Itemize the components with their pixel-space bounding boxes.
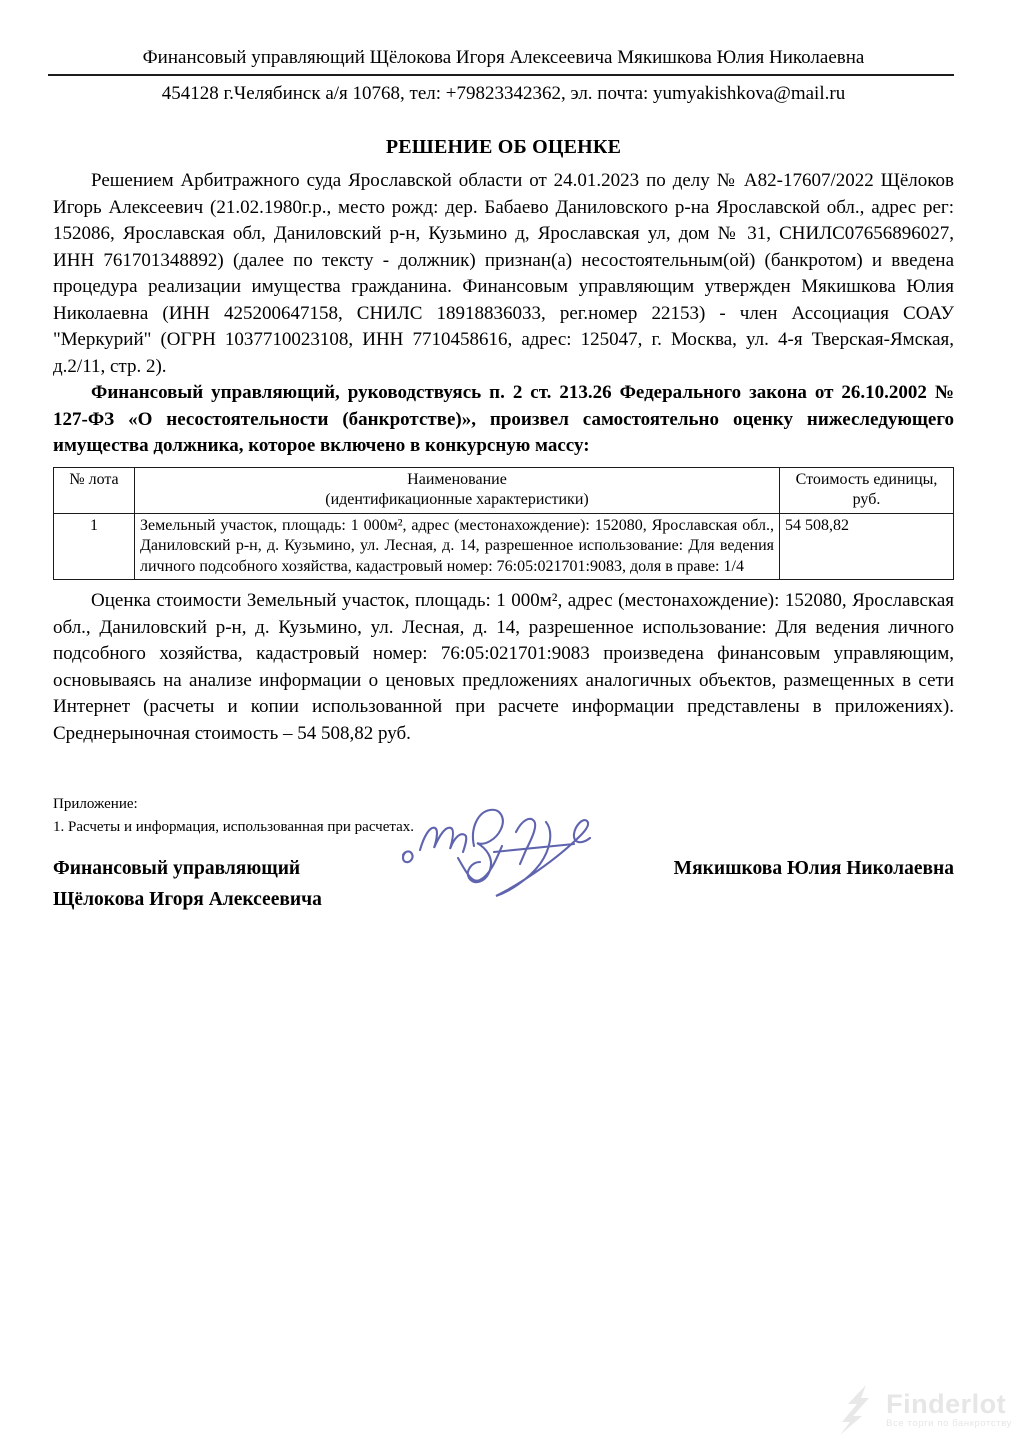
finderlot-tagline-text: Все торги по банкротству <box>886 1418 1012 1429</box>
table-header-row: № лота Наименование (идентификационные х… <box>54 467 954 513</box>
table-header-name: Наименование (идентификационные характер… <box>135 467 780 513</box>
header-manager-line: Финансовый управляющий Щёлокова Игоря Ал… <box>53 46 954 70</box>
page-title: РЕШЕНИЕ ОБ ОЦЕНКЕ <box>53 136 954 159</box>
handwritten-signature-ink <box>398 788 633 900</box>
lot-number-cell: 1 <box>54 513 135 580</box>
valuation-paragraph: Оценка стоимости Земельный участок, площ… <box>53 588 954 747</box>
table-header-name-line1: Наименование <box>140 470 774 491</box>
header-contact-line: 454128 г.Челябинск а/я 10768, тел: +7982… <box>53 82 954 106</box>
table-header-name-line2: (идентификационные характеристики) <box>140 490 774 511</box>
lot-name-cell: Земельный участок, площадь: 1 000м², адр… <box>135 513 780 580</box>
decision-paragraph: Финансовый управляющий, руководствуясь п… <box>53 380 954 460</box>
table-header-lot: № лота <box>54 467 135 513</box>
lot-price-cell: 54 508,82 <box>780 513 954 580</box>
signature-role-line: Финансовый управляющий <box>53 853 300 884</box>
finderlot-logo-icon <box>836 1384 880 1436</box>
finderlot-brand-text: Finderlot <box>886 1391 1012 1417</box>
table-row: 1 Земельный участок, площадь: 1 000м², а… <box>54 513 954 580</box>
finderlot-watermark: Finderlot Все торги по банкротству <box>836 1384 1012 1436</box>
lots-table: № лота Наименование (идентификационные х… <box>53 467 954 581</box>
header-divider <box>48 74 954 76</box>
table-header-price: Стоимость единицы, руб. <box>780 467 954 513</box>
document-page: Финансовый управляющий Щёлокова Игоря Ал… <box>0 0 1024 1448</box>
intro-paragraph: Решением Арбитражного суда Ярославской о… <box>53 168 954 380</box>
signature-name-right: Мякишкова Юлия Николаевна <box>674 853 954 884</box>
